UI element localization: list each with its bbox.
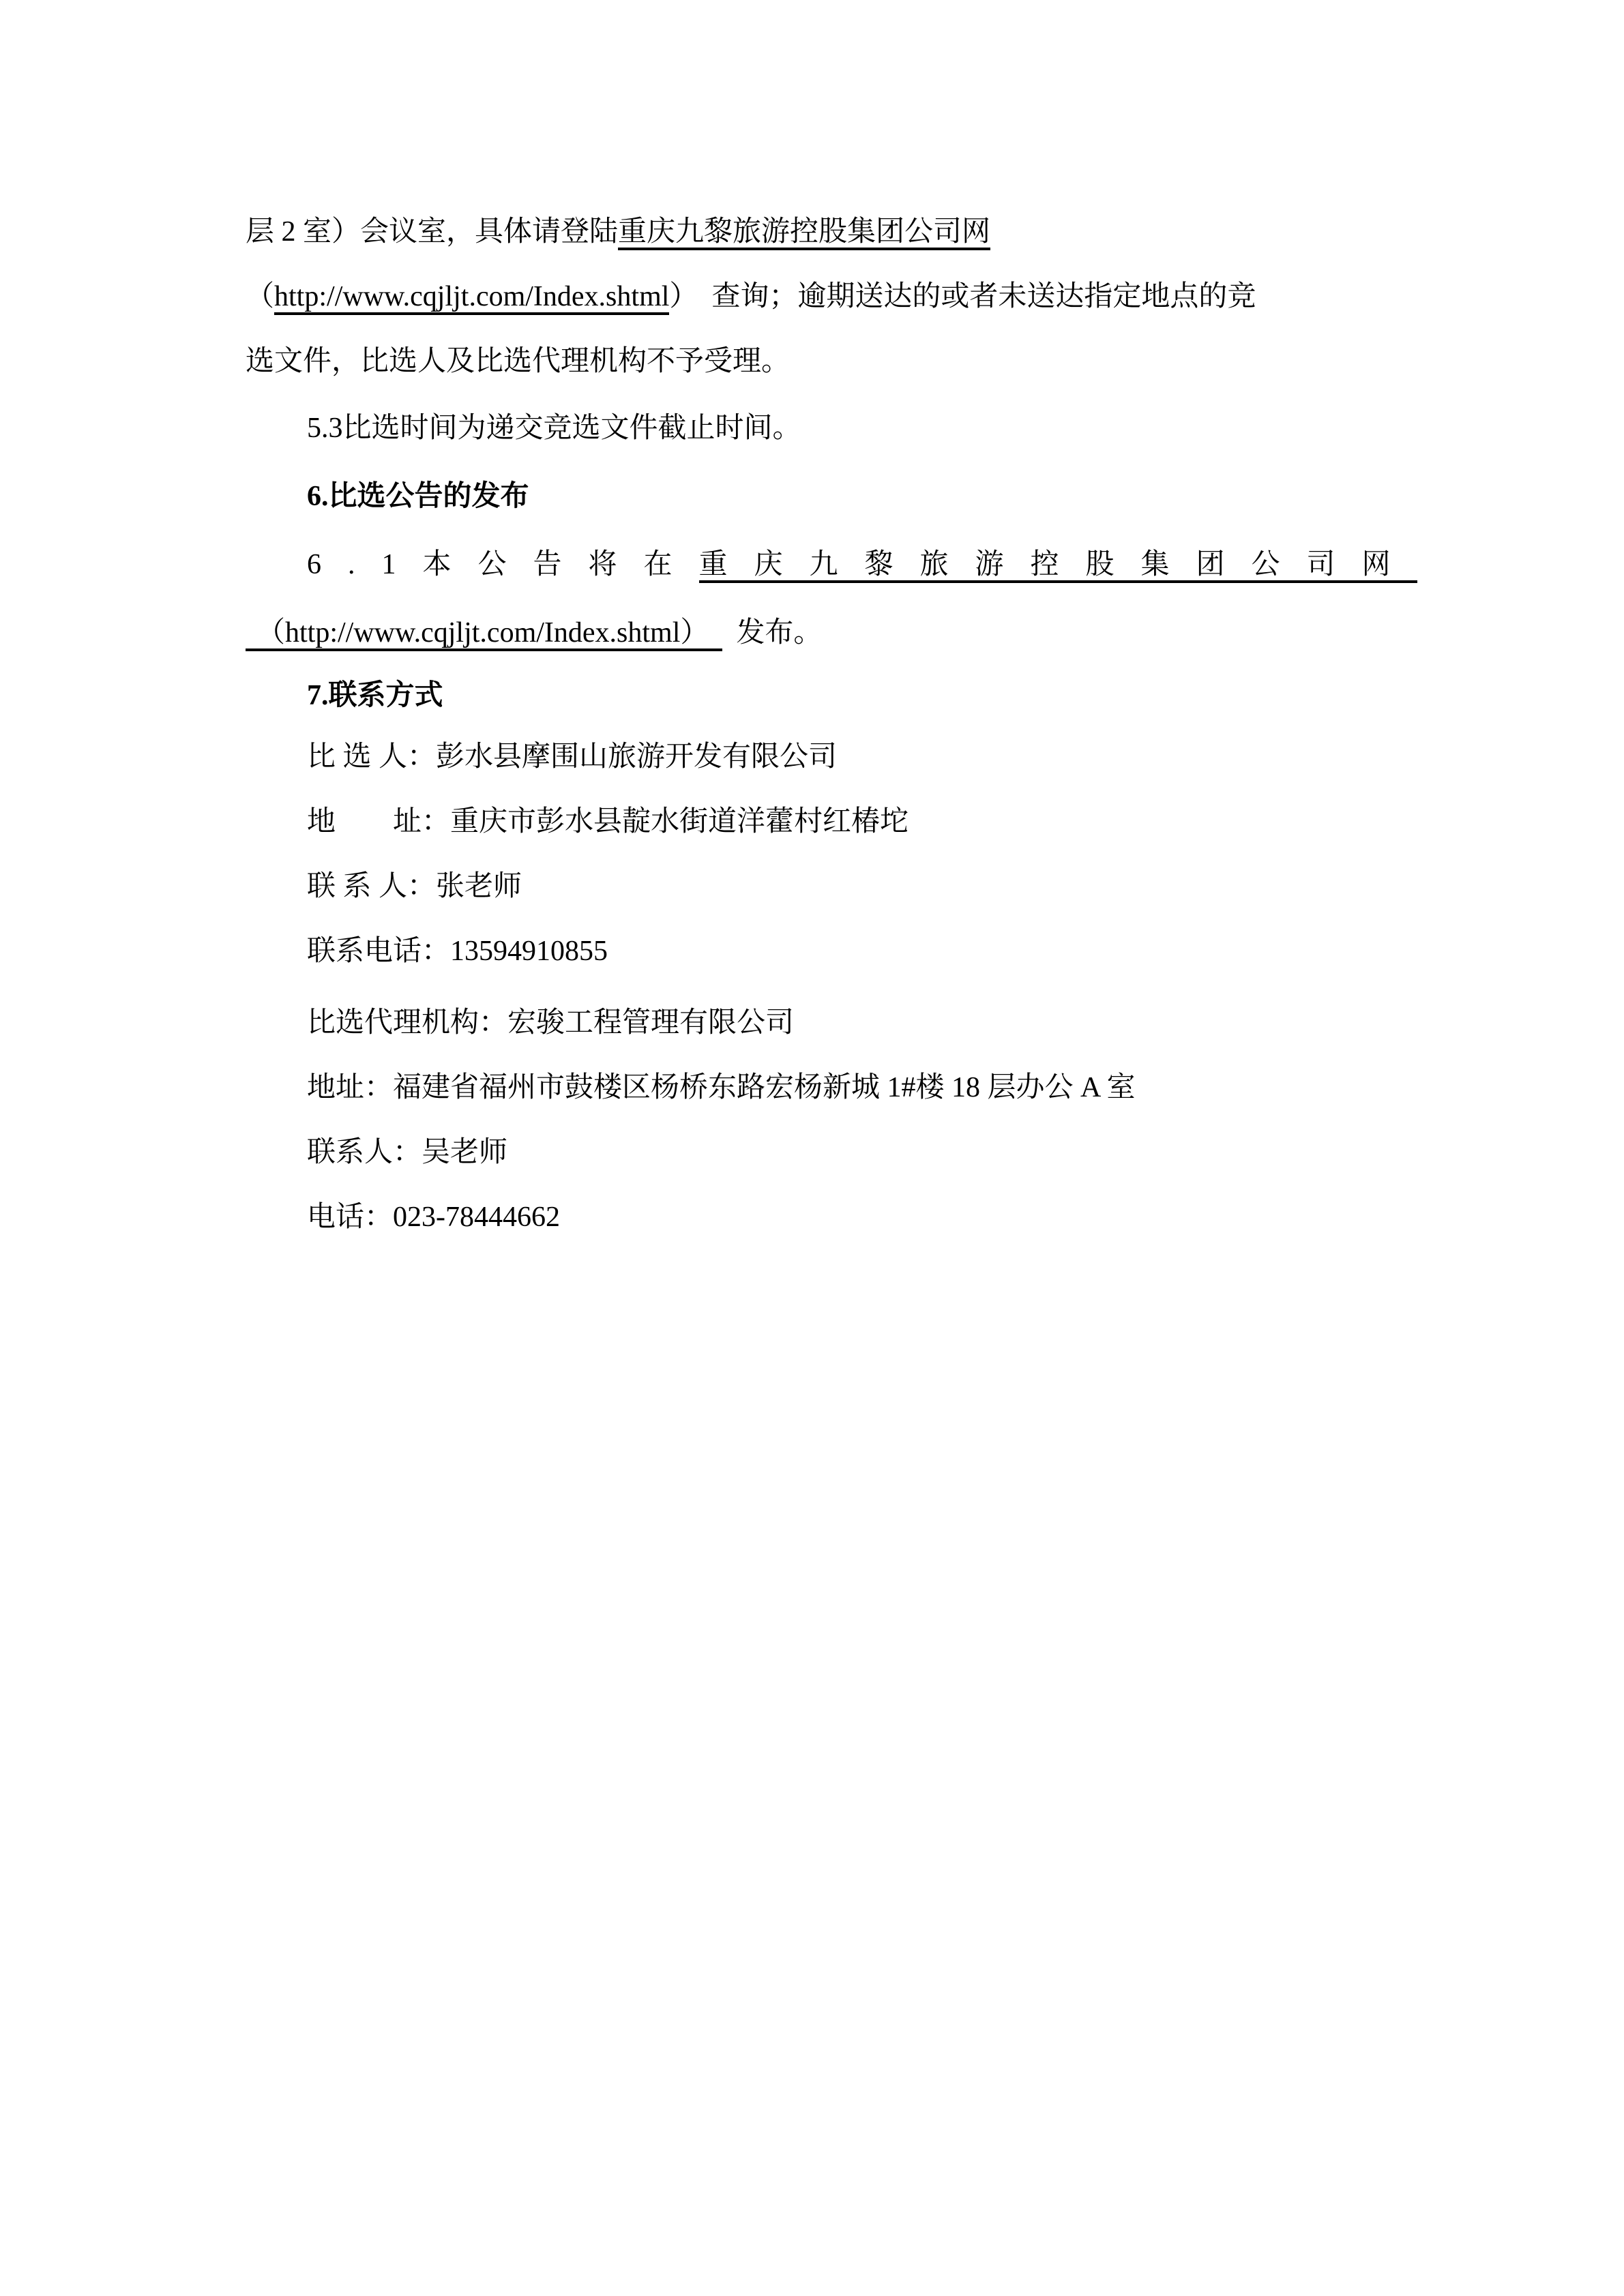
section-heading-6: 6.比选公告的发布 [246, 462, 1399, 531]
open-paren: （ [246, 281, 274, 312]
agency-phone-value: 023-78444662 [393, 1202, 560, 1233]
field-label: 比 选 人： [307, 741, 436, 773]
agency-contact-row: 联系人：吴老师 [246, 1120, 1399, 1185]
clause-text: 本公告将在 [423, 549, 699, 580]
clause-6-1-line-1: 6.1本公告将在重庆九黎旅游控股集团公司网 [246, 531, 1399, 599]
agency-phone-row: 电话：023-78444662 [246, 1185, 1399, 1250]
agency-name-value: 宏骏工程管理有限公司 [507, 1007, 794, 1039]
document-page: 层 2 室）会议室，具体请登陆重庆九黎旅游控股集团公司网 （http://www… [0, 0, 1624, 2296]
selector-contact-row: 联 系 人：张老师 [246, 854, 1399, 919]
document-body: 层 2 室）会议室，具体请登陆重庆九黎旅游控股集团公司网 （http://www… [0, 0, 1624, 1250]
agency-contact-value: 吴老师 [422, 1137, 507, 1168]
selector-address-row: 地 址：重庆市彭水县靛水街道洋藿村红椿坨 [246, 790, 1399, 854]
notice-paragraph-line-1: 层 2 室）会议室，具体请登陆重庆九黎旅游控股集团公司网 [246, 200, 1399, 265]
clause-text: 5.3比选时间为递交竞选文件截止时间。 [307, 413, 801, 444]
notice-paragraph-line-3: 选文件，比选人及比选代理机构不予受理。 [246, 329, 1399, 394]
clause-text: 发布。 [736, 617, 822, 648]
field-label: 电话： [307, 1202, 393, 1233]
selector-address-value: 重庆市彭水县靛水街道洋藿村红椿坨 [450, 806, 909, 837]
agency-name-row: 比选代理机构：宏骏工程管理有限公司 [246, 991, 1399, 1056]
company-website-link[interactable]: 重庆九黎旅游控股集团公司网 [699, 549, 1417, 583]
company-website-link[interactable]: 重庆九黎旅游控股集团公司网 [618, 216, 990, 250]
selector-contact-value: 张老师 [436, 871, 522, 902]
section-heading-7: 7.联系方式 [246, 667, 1399, 725]
clause-6-1-line-2: （http://www.cqjljt.com/Index.shtml）发布。 [246, 599, 1399, 667]
selector-phone-value: 13594910855 [450, 936, 608, 967]
selector-name-row: 比 选 人：彭水县摩围山旅游开发有限公司 [246, 725, 1399, 790]
clause-number: 6.1 [307, 549, 423, 580]
notice-text: 选文件，比选人及比选代理机构不予受理。 [246, 346, 790, 377]
agency-address-value: 福建省福州市鼓楼区杨桥东路宏杨新城 1#楼 18 层办公 A 室 [393, 1072, 1136, 1103]
website-url-link[interactable]: http://www.cqjljt.com/Index.shtml [274, 281, 669, 315]
clause-5-3: 5.3比选时间为递交竞选文件截止时间。 [246, 394, 1399, 462]
selector-phone-row: 联系电话：13594910855 [246, 919, 1399, 984]
heading-text: 6.比选公告的发布 [307, 481, 529, 512]
field-label: 联 系 人： [307, 871, 436, 902]
close-paren: ） [669, 281, 698, 312]
notice-text: 查询；逾期送达的或者未送达指定地点的竞 [711, 281, 1256, 312]
selector-name-value: 彭水县摩围山旅游开发有限公司 [436, 741, 837, 773]
heading-text: 7.联系方式 [307, 680, 443, 711]
notice-text: 层 2 室）会议室，具体请登陆 [246, 216, 618, 248]
field-label: 地 址： [307, 806, 450, 837]
field-label: 地址： [307, 1072, 393, 1103]
agency-address-row: 地址：福建省福州市鼓楼区杨桥东路宏杨新城 1#楼 18 层办公 A 室 [246, 1056, 1399, 1120]
field-label: 联系人： [307, 1137, 422, 1168]
notice-paragraph-line-2: （http://www.cqjljt.com/Index.shtml）查询；逾期… [246, 265, 1399, 329]
field-label: 联系电话： [307, 936, 450, 967]
field-label: 比选代理机构： [307, 1007, 507, 1039]
website-url-link[interactable]: （http://www.cqjljt.com/Index.shtml） [246, 617, 722, 651]
